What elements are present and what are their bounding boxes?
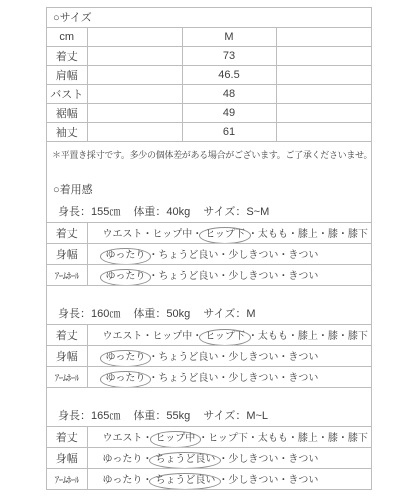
size-row-value: 46.5 [182, 66, 276, 85]
model-profile: 身長：155㎝体重：40kgサイズ：S~M [47, 199, 371, 222]
fit-option-circled: ちょうど良い [149, 473, 221, 490]
size-table: cm M 着丈 73 肩幅 46.5 バスト 48 [47, 27, 371, 142]
fit-options-after: ・ちょうど良い・少しきつい・きつい [148, 352, 318, 363]
empty-cell [87, 85, 182, 104]
fit-options-after: ・ちょうど良い・少しきつい・きつい [148, 373, 318, 384]
fit-section-title: ○着用感 [47, 181, 371, 199]
fit-option-circled: ヒップ下 [199, 227, 251, 244]
fit-option-circled: ゆったり [100, 248, 152, 265]
fit-table-row: 身幅 ゆったり・ちょうど良い・少しきつい・きつい [47, 346, 371, 367]
fit-row-label: 身幅 [47, 244, 87, 265]
size-spec-image: ○サイズ cm M 着丈 73 肩幅 46.5 バスト [0, 0, 416, 499]
model-size: サイズ：M [203, 308, 255, 320]
empty-cell [87, 123, 182, 142]
model-weight: 体重：50kg [133, 308, 190, 320]
fit-options-after: ・太もも・膝上・膝・膝下 [248, 229, 368, 240]
size-row-value: 48 [182, 85, 276, 104]
fit-row-label: ｱｰﾑﾎｰﾙ [47, 367, 87, 388]
empty-cell [87, 66, 182, 85]
fit-table-row: 身幅 ゆったり・ちょうど良い・少しきつい・きつい [47, 244, 371, 265]
size-row-value: 61 [182, 123, 276, 142]
size-table-row: 着丈 73 [47, 47, 371, 66]
fit-option-circled: ヒップ下 [199, 329, 251, 346]
empty-cell [276, 104, 371, 123]
size-table-row: 裾幅 49 [47, 104, 371, 123]
fit-options-after: ・ちょうど良い・少しきつい・きつい [148, 271, 318, 282]
size-row-value: 73 [182, 47, 276, 66]
model-profile: 身長：160㎝体重：50kgサイズ：M [47, 301, 371, 324]
size-row-label: 袖丈 [47, 123, 87, 142]
fit-options: ウエスト・ヒップ中・ヒップ下・太もも・膝上・膝・膝下 [87, 427, 371, 448]
size-section-title: ○サイズ [47, 8, 371, 27]
empty-cell [87, 104, 182, 123]
fit-options-before: ウエスト・ヒップ中・ [103, 229, 203, 240]
fit-options-after: ・ちょうど良い・少しきつい・きつい [148, 250, 318, 261]
fit-options: ゆったり・ちょうど良い・少しきつい・きつい [87, 265, 371, 286]
size-table-header-row: cm M [47, 28, 371, 47]
fit-table-row: 身幅 ゆったり・ちょうど良い・少しきつい・きつい [47, 448, 371, 469]
model-weight: 体重：40kg [133, 206, 190, 218]
fit-row-label: 着丈 [47, 427, 87, 448]
fit-options-before: ゆったり・ [103, 454, 153, 465]
fit-model-section: 身長：165㎝体重：55kgサイズ：M~L 着丈 ウエスト・ヒップ中・ヒップ下・… [47, 403, 371, 490]
size-row-label: 裾幅 [47, 104, 87, 123]
empty-cell [276, 47, 371, 66]
empty-cell [276, 66, 371, 85]
fit-options-after: ・少しきつい・きつい [218, 475, 318, 486]
size-table-row: 袖丈 61 [47, 123, 371, 142]
empty-cell [276, 123, 371, 142]
fit-table-row: ｱｰﾑﾎｰﾙ ゆったり・ちょうど良い・少しきつい・きつい [47, 367, 371, 388]
empty-cell [87, 28, 182, 47]
fit-options-before: ウエスト・ヒップ中・ [103, 331, 203, 342]
fit-option-circled: ちょうど良い [149, 452, 221, 469]
fit-table: 着丈 ウエスト・ヒップ中・ヒップ下・太もも・膝上・膝・膝下 身幅 ゆったり・ちょ… [47, 426, 371, 490]
empty-cell [276, 28, 371, 47]
fit-options-before: ウエスト・ [103, 433, 153, 444]
fit-options-after: ・太もも・膝上・膝・膝下 [248, 331, 368, 342]
fit-table-row: ｱｰﾑﾎｰﾙ ゆったり・ちょうど良い・少しきつい・きつい [47, 265, 371, 286]
size-row-value: 49 [182, 104, 276, 123]
fit-table: 着丈 ウエスト・ヒップ中・ヒップ下・太もも・膝上・膝・膝下 身幅 ゆったり・ちょ… [47, 324, 371, 388]
size-row-label: 着丈 [47, 47, 87, 66]
fit-row-label: 着丈 [47, 223, 87, 244]
fit-row-label: ｱｰﾑﾎｰﾙ [47, 469, 87, 490]
measurement-note: ＊平置き採寸です。多少の個体差がある場合がございます。ご了承くださいませ。 [47, 142, 371, 167]
fit-row-label: ｱｰﾑﾎｰﾙ [47, 265, 87, 286]
fit-options: ゆったり・ちょうど良い・少しきつい・きつい [87, 346, 371, 367]
fit-table: 着丈 ウエスト・ヒップ中・ヒップ下・太もも・膝上・膝・膝下 身幅 ゆったり・ちょ… [47, 222, 371, 286]
fit-model-section: 身長：160㎝体重：50kgサイズ：M 着丈 ウエスト・ヒップ中・ヒップ下・太も… [47, 301, 371, 388]
fit-options: ウエスト・ヒップ中・ヒップ下・太もも・膝上・膝・膝下 [87, 325, 371, 346]
fit-row-label: 着丈 [47, 325, 87, 346]
fit-options: ゆったり・ちょうど良い・少しきつい・きつい [87, 448, 371, 469]
model-weight: 体重：55kg [133, 410, 190, 422]
fit-options-before: ゆったり・ [103, 475, 153, 486]
model-height: 身長：155㎝ [58, 206, 120, 218]
section-spacer [47, 167, 371, 181]
model-height: 身長：165㎝ [58, 410, 120, 422]
fit-table-row: 着丈 ウエスト・ヒップ中・ヒップ下・太もも・膝上・膝・膝下 [47, 325, 371, 346]
fit-table-row: 着丈 ウエスト・ヒップ中・ヒップ下・太もも・膝上・膝・膝下 [47, 427, 371, 448]
size-row-label: 肩幅 [47, 66, 87, 85]
size-table-row: 肩幅 46.5 [47, 66, 371, 85]
fit-options: ゆったり・ちょうど良い・少しきつい・きつい [87, 244, 371, 265]
model-profile: 身長：165㎝体重：55kgサイズ：M~L [47, 403, 371, 426]
size-unit-header: cm [47, 28, 87, 47]
fit-options-after: ・少しきつい・きつい [218, 454, 318, 465]
model-height: 身長：160㎝ [58, 308, 120, 320]
fit-option-circled: ゆったり [100, 269, 152, 286]
fit-option-circled: ゆったり [100, 350, 152, 367]
fit-table-row: 着丈 ウエスト・ヒップ中・ヒップ下・太もも・膝上・膝・膝下 [47, 223, 371, 244]
fit-row-label: 身幅 [47, 346, 87, 367]
fit-option-circled: ヒップ中 [150, 431, 202, 448]
fit-row-label: 身幅 [47, 448, 87, 469]
fit-options: ゆったり・ちょうど良い・少しきつい・きつい [87, 367, 371, 388]
fit-model-section: 身長：155㎝体重：40kgサイズ：S~M 着丈 ウエスト・ヒップ中・ヒップ下・… [47, 199, 371, 286]
fit-options: ゆったり・ちょうど良い・少しきつい・きつい [87, 469, 371, 490]
fit-option-circled: ゆったり [100, 371, 152, 388]
fit-options-after: ・ヒップ下・太もも・膝上・膝・膝下 [198, 433, 368, 444]
fit-table-row: ｱｰﾑﾎｰﾙ ゆったり・ちょうど良い・少しきつい・きつい [47, 469, 371, 490]
model-size: サイズ：S~M [203, 206, 269, 218]
size-column-header: M [182, 28, 276, 47]
model-size: サイズ：M~L [203, 410, 268, 422]
size-row-label: バスト [47, 85, 87, 104]
empty-cell [87, 47, 182, 66]
fit-options: ウエスト・ヒップ中・ヒップ下・太もも・膝上・膝・膝下 [87, 223, 371, 244]
content-box: ○サイズ cm M 着丈 73 肩幅 46.5 バスト [46, 7, 372, 490]
empty-cell [276, 85, 371, 104]
size-table-row: バスト 48 [47, 85, 371, 104]
